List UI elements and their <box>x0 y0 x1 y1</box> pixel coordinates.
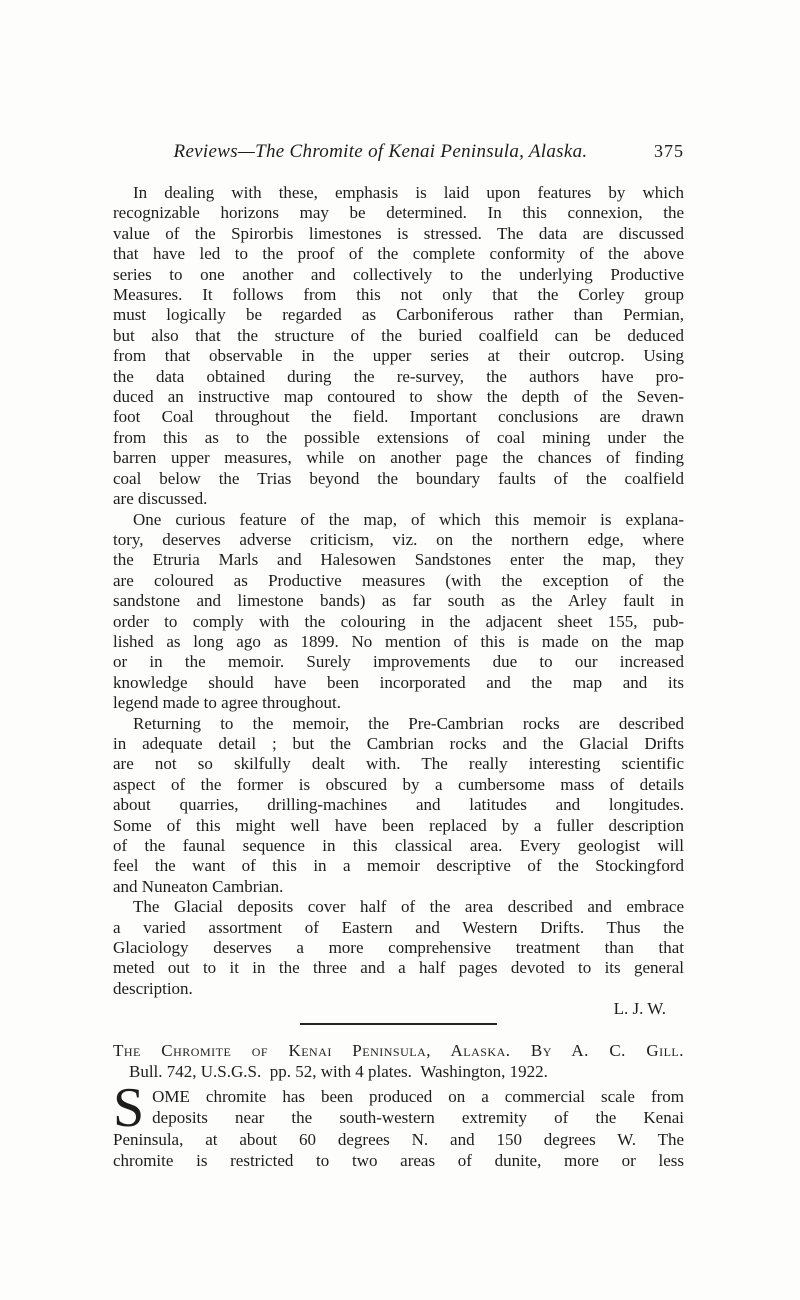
text-line: Returning to the memoir, the Pre-Cambria… <box>113 714 684 734</box>
text-line: chromite is restricted to two areas of d… <box>113 1150 684 1172</box>
text-line: in adequate detail ; but the Cambrian ro… <box>113 734 684 754</box>
text-line: The Glacial deposits cover half of the a… <box>113 897 684 917</box>
text-line: barren upper measures, while on another … <box>113 448 684 468</box>
text-column: Reviews—The Chromite of Kenai Peninsula,… <box>113 141 684 1172</box>
text-line: order to comply with the colouring in th… <box>113 612 684 632</box>
text-line: One curious feature of the map, of which… <box>113 510 684 530</box>
running-title: Reviews—The Chromite of Kenai Peninsula,… <box>113 141 648 163</box>
text-line: feel the want of this in a memoir descri… <box>113 856 684 876</box>
text-line: Some of this might well have been replac… <box>113 816 684 836</box>
text-line: about quarries, drilling-machines and la… <box>113 795 684 815</box>
text-line: foot Coal throughout the field. Importan… <box>113 407 684 427</box>
text-line: or in the memoir. Surely improvements du… <box>113 652 684 672</box>
text-line: value of the Spirorbis limestones is str… <box>113 224 684 244</box>
text-line: sandstone and limestone bands) as far so… <box>113 591 684 611</box>
review-title-line: The Chromite of Kenai Peninsula, Alaska.… <box>113 1040 684 1062</box>
text-line: of the faunal sequence in this classical… <box>113 836 684 856</box>
text-line: are not so skilfully dealt with. The rea… <box>113 754 684 774</box>
text-line: In dealing with these, emphasis is laid … <box>113 183 684 203</box>
review-citation-line: Bull. 742, U.S.G.S. pp. 52, with 4 plate… <box>113 1061 684 1083</box>
dropcap-initial: S <box>113 1088 144 1129</box>
text-line: duced an instructive map contoured to sh… <box>113 387 684 407</box>
text-line: and Nuneaton Cambrian. <box>113 877 684 897</box>
text-line: recognizable horizons may be determined.… <box>113 203 684 223</box>
text-line: knowledge should have been incorporated … <box>113 673 684 693</box>
text-line: the data obtained during the re-survey, … <box>113 367 684 387</box>
reviewer-signature: L. J. W. <box>113 999 684 1019</box>
text-line: legend made to agree throughout. <box>113 693 684 713</box>
running-header: Reviews—The Chromite of Kenai Peninsula,… <box>113 141 684 163</box>
text-line: series to one another and collectively t… <box>113 265 684 285</box>
text-line: Glaciology deserves a more comprehensive… <box>113 938 684 958</box>
review-heading: The Chromite of Kenai Peninsula, Alaska.… <box>113 1040 684 1083</box>
text-line: aspect of the former is obscured by a cu… <box>113 775 684 795</box>
text-line: from that observable in the upper series… <box>113 346 684 366</box>
text-line: are coloured as Productive measures (wit… <box>113 571 684 591</box>
text-line: Peninsula, at about 60 degrees N. and 15… <box>113 1129 684 1151</box>
text-line: but also that the structure of the burie… <box>113 326 684 346</box>
text-line: must logically be regarded as Carbonifer… <box>113 305 684 325</box>
opening-paragraph: S OME chromite has been produced on a co… <box>113 1086 684 1172</box>
text-line: are discussed. <box>113 489 684 509</box>
text-line: from this as to the possible extensions … <box>113 428 684 448</box>
scanned-journal-page: Reviews—The Chromite of Kenai Peninsula,… <box>0 0 800 1300</box>
text-line: that have led to the proof of the comple… <box>113 244 684 264</box>
review-body: In dealing with these, emphasis is laid … <box>113 183 684 999</box>
text-line: description. <box>113 979 684 999</box>
page-number: 375 <box>654 141 684 162</box>
text-line: lished as long ago as 1899. No mention o… <box>113 632 684 652</box>
paragraph-2: One curious feature of the map, of which… <box>113 510 684 714</box>
paragraph-1: In dealing with these, emphasis is laid … <box>113 183 684 510</box>
text-line: tory, deserves adverse criticism, viz. o… <box>113 530 684 550</box>
text-line: a varied assortment of Eastern and Weste… <box>113 918 684 938</box>
text-line: meted out to it in the three and a half … <box>113 958 684 978</box>
section-divider-rule <box>300 1023 497 1025</box>
text-line: the Etruria Marls and Halesowen Sandston… <box>113 550 684 570</box>
text-line: coal below the Trias beyond the boundary… <box>113 469 684 489</box>
paragraph-4: The Glacial deposits cover half of the a… <box>113 897 684 999</box>
text-line: Measures. It follows from this not only … <box>113 285 684 305</box>
paragraph-3: Returning to the memoir, the Pre-Cambria… <box>113 714 684 898</box>
text-line: OME chromite has been produced on a comm… <box>113 1086 684 1108</box>
text-line: deposits near the south-western extremit… <box>113 1107 684 1129</box>
